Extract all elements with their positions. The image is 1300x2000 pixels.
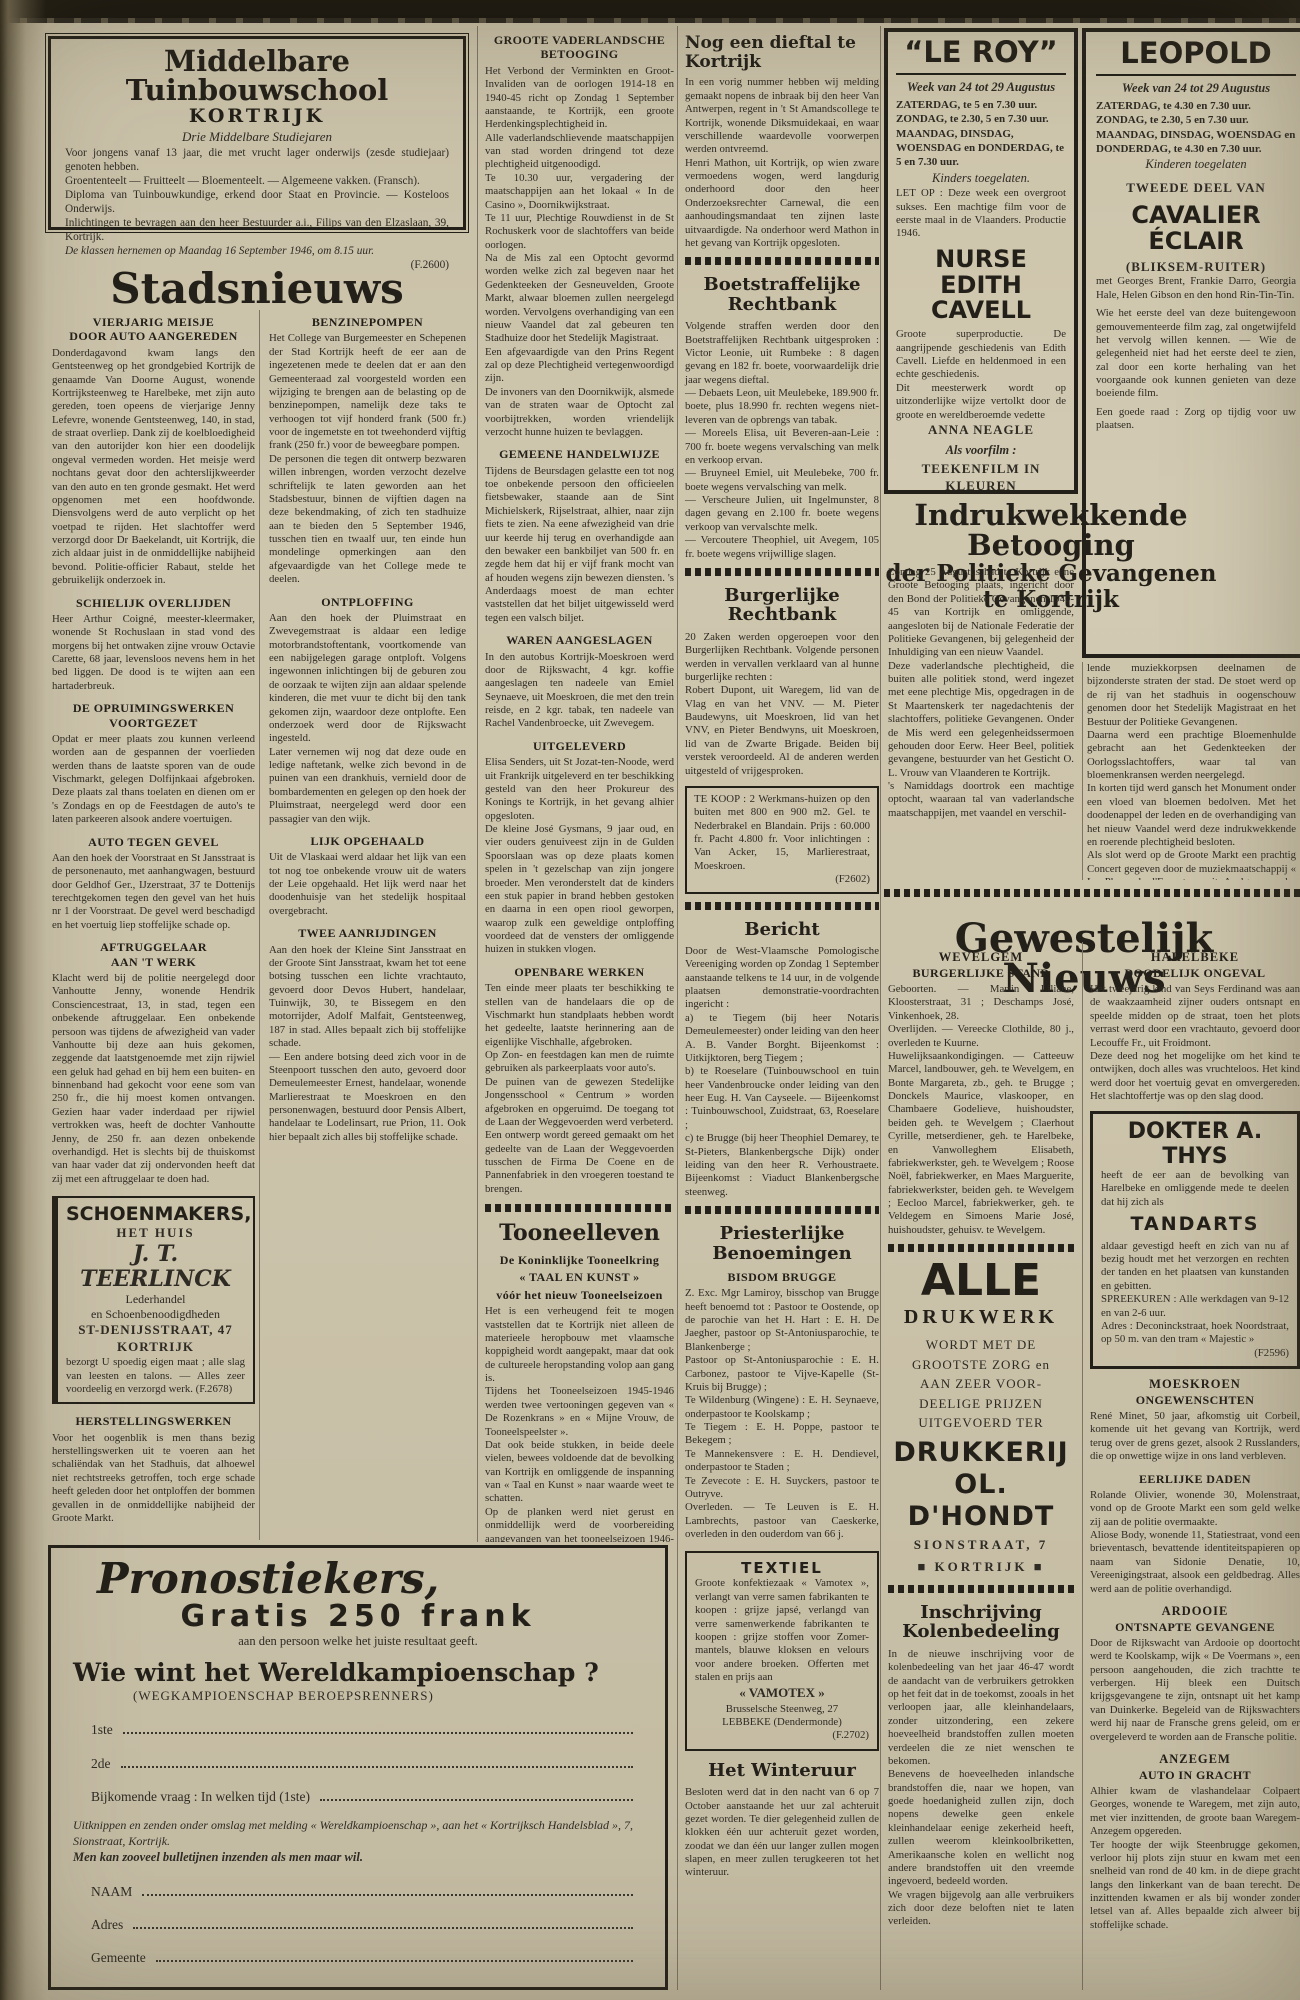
article-title: GROOTE VADERLANDSCHE BETOOGING — [487, 33, 672, 62]
film-star: ANNA NEAGLE — [896, 422, 1066, 439]
ad-dokter-thys: DOKTER A. THYS heeft de eer aan de bevol… — [1090, 1111, 1300, 1369]
article-list: VIERJARIG MEISJE DOOR AUTO AANGEREDEN Do… — [52, 315, 255, 1186]
article-title: AUTO IN GRACHT — [1092, 1768, 1298, 1782]
film-description: Wie het eerste deel van deze buitengewoo… — [1096, 307, 1296, 401]
article: BENZINEPOMPEN Het College van Burgemeest… — [269, 315, 466, 587]
ad-hours: SPREEKUREN : Alle werkdagen van 9-12 en … — [1101, 1293, 1289, 1320]
entry-line-extra-question: Bijkomende vraag : In welken tijd (1ste) — [91, 1788, 633, 1805]
cinema-week: Week van 24 tot 29 Augustus — [1096, 80, 1296, 96]
article-body: Tijdens de Beursdagen gelastte een tot n… — [485, 465, 674, 626]
form-line-address: Adres — [91, 1916, 633, 1933]
ad-address: Adres : Deconinckstraat, hoek Noordstraa… — [1101, 1320, 1289, 1347]
column-vaderlandsche: GROOTE VADERLANDSCHE BETOOGING Het Verbo… — [477, 26, 674, 1542]
column-rule — [259, 310, 260, 1540]
scan-top-edge — [0, 0, 1300, 18]
ornament-divider — [685, 257, 879, 265]
article-title-dieftal: Nog een dieftal te Kortrijk — [685, 34, 879, 71]
article-title-priesterlijke: Priesterlijke Benoemingen — [685, 1224, 879, 1263]
article-title-winteruur: Het Winteruur — [685, 1761, 879, 1780]
article: GROOTE VADERLANDSCHE BETOOGING Het Verbo… — [485, 33, 674, 439]
article-title: DE OPRUIMINGSWERKEN VOORTGEZET — [54, 701, 253, 730]
ad-name: J. T. TEERLINCK — [66, 1242, 245, 1293]
scan-left-edge — [0, 0, 46, 2000]
article: ANZEGEM AUTO IN GRACHT Alhier kwam de vl… — [1090, 1752, 1300, 1932]
article-body: In de nieuwe inschrijving voor de kolenb… — [888, 1648, 1074, 1929]
contest-prize: Gratis 250 frank — [73, 1600, 643, 1633]
ad-title: TEXTIEL — [695, 1559, 869, 1577]
article: OPENBARE WERKEN Ten einde meer plaats te… — [485, 965, 674, 1196]
ad-body: aldaar gevestigd heeft en zich van nu af… — [1101, 1240, 1289, 1294]
ad-schoenmakers: SCHOENMAKERS, HET HUIS J. T. TEERLINCK L… — [52, 1196, 255, 1404]
ad-city: ■ KORTRIJK ■ — [888, 1556, 1074, 1578]
article-title: DOODELIJK ONGEVAL — [1092, 966, 1298, 980]
ad-tuinbouwschool: Middelbare Tuinbouwschool KORTRIJK Drie … — [48, 36, 466, 230]
article-body: Uit de Vlaskaai werd aldaar het lijk van… — [269, 851, 466, 918]
gewestelijk-column-left: WEVELGEM BURGERLIJKE STAND Geboorten. — … — [884, 942, 1078, 1990]
article: WAREN AANGESLAGEN In den autobus Kortrij… — [485, 633, 674, 731]
ornament-divider — [888, 1244, 1074, 1252]
ad-textiel-vamotex: TEXTIEL Groote konfektiezaak « Vamotex »… — [685, 1551, 879, 1750]
ornament-top-rule — [0, 18, 1300, 23]
article-list: GROOTE VADERLANDSCHE BETOOGING Het Verbo… — [485, 33, 674, 1196]
article-title: WAREN AANGESLAGEN — [487, 633, 672, 647]
film-description: Groote superproductie. De aangrijpende g… — [896, 328, 1066, 422]
stadsnieuws-column-left: VIERJARIG MEISJE DOOR AUTO AANGEREDEN Do… — [52, 308, 255, 1542]
ornament-divider — [888, 1585, 1074, 1593]
article-body: 20 Zaken werden opgeroepen voor den Burg… — [685, 631, 879, 778]
cinema-schedule: ZATERDAG, te 4.30 en 7.30 uur. ZONDAG, t… — [1096, 99, 1296, 156]
article-title-boetstraffelijke: Boetstraffelijke Rechtbank — [685, 275, 879, 314]
article-title-tooneelleven: Tooneelleven — [485, 1222, 674, 1246]
article-body: Aan den hoek der Pluimstraat en Zwevegem… — [269, 612, 466, 826]
article: MOESKROEN ONGEWENSCHTEN René Minet, 50 j… — [1090, 1377, 1300, 1464]
contest-title: Pronostiekers, — [97, 1554, 439, 1603]
article-title: VIERJARIG MEISJE DOOR AUTO AANGEREDEN — [54, 315, 253, 344]
article-body: In den autobus Kortrijk-Moeskroen werd d… — [485, 651, 674, 731]
article-title: UITGELEVERD — [487, 739, 672, 753]
ad-title: SCHOENMAKERS, — [66, 1204, 245, 1225]
ad-body: Voor jongens vanaf 13 jaar, die met vruc… — [65, 146, 449, 244]
article-body: Het College van Burgemeester en Schepene… — [269, 332, 466, 586]
voorfilm-label: Als voorfilm : — [896, 442, 1066, 458]
article-title-kolenbedeeling: Inschrijving Kolenbedeeling — [888, 1603, 1074, 1642]
article-title: ONTPLOFFING — [271, 595, 464, 609]
article: DE OPRUIMINGSWERKEN VOORTGEZET Opdat er … — [52, 701, 255, 826]
article-body: Voor het oogenblik is men thans bezig he… — [52, 1432, 255, 1526]
article-title: TWEE AANRIJDINGEN — [271, 926, 464, 940]
form-dotted-line — [142, 1883, 633, 1896]
ad-doctor-name: DOKTER A. THYS — [1101, 1120, 1289, 1168]
article-body: Het is een verheugend feit te mogen vast… — [485, 1305, 674, 1542]
article: LIJK OPGEHAALD Uit de Vlaskaai werd alda… — [269, 834, 466, 918]
column-rechtbank: Nog een dieftal te Kortrijk In een vorig… — [677, 26, 879, 1990]
ad-name: « VAMOTEX » — [695, 1684, 869, 1702]
ad-pronostiekers-contest: Pronostiekers, Gratis 250 frank aan den … — [48, 1545, 668, 1990]
article-place: WEVELGEM — [888, 950, 1074, 966]
cinema-notice: LET OP : Deze week een overgroot sukses.… — [896, 187, 1066, 241]
article-body: In een vorig nummer hebben wij melding g… — [685, 76, 879, 250]
ad-body: WORDT MET DE GROOTSTE ZORG en AAN ZEER V… — [888, 1335, 1074, 1433]
betooging-body-left: Zondag 25 Augustus had te Kortrijk eene … — [884, 566, 1078, 880]
film-alt-title: (BLIKSEM-RUITER) — [1096, 259, 1296, 276]
cinema-week: Week van 24 tot 29 Augustus — [896, 79, 1066, 95]
entry-label: 1ste — [91, 1722, 113, 1738]
article: TWEE AANRIJDINGEN Aan den hoek der Klein… — [269, 926, 466, 1144]
ad-ref: (F.2702) — [695, 1729, 869, 1742]
article-body: Aan den hoek der Voorstraat en St Jansst… — [52, 852, 255, 932]
form-line-municipality: Gemeente — [91, 1949, 633, 1966]
article-subtitle: vóór het nieuw Tooneelseizoen — [487, 1288, 672, 1302]
ad-drukkerij-dhondt: ALLE DRUKWERK WORDT MET DE GROOTSTE ZORG… — [888, 1259, 1074, 1578]
entry-label: 2de — [91, 1756, 111, 1772]
article-body: Donderdagavond kwam langs den Gentsteenw… — [52, 347, 255, 588]
article: ARDOOIE ONTSNAPTE GEVANGENE Door de Rijk… — [1090, 1604, 1300, 1744]
article-title: BENZINEPOMPEN — [271, 315, 464, 329]
article-body: Z. Exc. Mgr Lamiroy, bisschop van Brugge… — [685, 1287, 879, 1541]
ad-address: ST-DENIJSSTRAAT, 47 — [66, 1322, 245, 1339]
article-body: Het tweejarig kind van Seys Ferdinand wa… — [1090, 983, 1300, 1103]
article-title: OPENBARE WERKEN — [487, 965, 672, 979]
article: UITGELEVERD Elisa Senders, uit St Jozat-… — [485, 739, 674, 957]
article-subtitle: De Koninklijke Tooneelkring — [487, 1253, 672, 1267]
article-place: HARELBEKE — [1090, 950, 1300, 966]
form-line-name: NAAM — [91, 1883, 633, 1900]
form-dotted-line — [156, 1949, 633, 1962]
ad-body: TE KOOP : 2 Werkmans-huizen op den buite… — [694, 793, 870, 873]
ad-printer-name: DRUKKERIJ — [888, 1437, 1074, 1469]
article-body: Aan den hoek der Kleine Sint Jansstraat … — [269, 944, 466, 1145]
entry-line-second: 2de — [91, 1755, 633, 1772]
ad-title2: DRUKWERK — [888, 1303, 1074, 1331]
ornament-divider — [884, 889, 1300, 897]
cinema-admission: Kinderen toegelaten — [1096, 156, 1296, 174]
ornament-divider — [685, 1206, 879, 1214]
entry-dotted-line — [320, 1788, 633, 1801]
article-body: Alhier kwam de vlashandelaar Colpaert Ge… — [1090, 1785, 1300, 1932]
article-subtitle: BISDOM BRUGGE — [687, 1270, 877, 1284]
contest-question-sub: (WEGKAMPIOENSCHAP BEROEPSRENNERS) — [133, 1687, 643, 1705]
contest-question: Wie wint het Wereldkampioenschap ? — [73, 1659, 643, 1688]
article-list: MOESKROEN ONGEWENSCHTEN René Minet, 50 j… — [1090, 1377, 1300, 1932]
article-title: SCHIELIJK OVERLIJDEN — [54, 596, 253, 610]
betooging-body-right: lende muziekkorpsen deelnamen de bijzond… — [1082, 662, 1300, 880]
column-rule — [880, 26, 881, 1990]
ad-te-koop: TE KOOP : 2 Werkmans-huizen op den buite… — [685, 786, 879, 894]
article-title: BURGERLIJKE STAND — [890, 966, 1072, 980]
article-body: Rolande Olivier, wonende 30, Molenstraat… — [1090, 1489, 1300, 1596]
ad-line: Lederhandel — [66, 1292, 245, 1307]
article: AFTRUGGELAAR AAN 'T WERK Klacht werd bij… — [52, 940, 255, 1186]
stadsnieuws-column-right: BENZINEPOMPEN Het College van Burgemeest… — [263, 308, 466, 1542]
entry-line-first: 1ste — [91, 1721, 633, 1738]
article-title-bericht: Bericht — [685, 920, 879, 939]
cinema-schedule: ZATERDAG, te 5 en 7.30 uur. ZONDAG, te 2… — [896, 98, 1066, 169]
form-label: Adres — [91, 1917, 123, 1933]
ad-city: KORTRIJK — [65, 105, 449, 129]
article-title-burgerlijke: Burgerlijke Rechtbank — [685, 586, 879, 625]
film-title: NURSE EDITH CAVELL — [896, 247, 1066, 325]
ornament-divider — [485, 1204, 674, 1212]
ad-footer: De klassen hernemen op Maandag 16 Septem… — [65, 244, 449, 258]
cinema-name: “LE ROY” — [896, 37, 1066, 75]
ad-city: KORTRIJK — [66, 1339, 245, 1356]
newspaper-page: Middelbare Tuinbouwschool KORTRIJK Drie … — [0, 0, 1300, 2000]
contest-instructions: Uitknippen en zenden onder omslag met me… — [73, 1817, 643, 1849]
article: VIERJARIG MEISJE DOOR AUTO AANGEREDEN Do… — [52, 315, 255, 588]
article-title: ONTSNAPTE GEVANGENE — [1092, 1620, 1298, 1634]
article-title: AFTRUGGELAAR AAN 'T WERK — [54, 940, 253, 969]
article-list: BENZINEPOMPEN Het College van Burgemeest… — [269, 315, 466, 1144]
article-place: ARDOOIE — [1090, 1604, 1300, 1620]
article-title: EERLIJKE DADEN — [1092, 1472, 1298, 1486]
ad-subtitle: Drie Middelbare Studiejaren — [65, 129, 449, 146]
article-body: Besloten werd dat in den nacht van 6 op … — [685, 1786, 879, 1880]
section-header-stadsnieuws: Stadsnieuws — [48, 268, 466, 310]
article-place: ANZEGEM — [1090, 1752, 1300, 1768]
article-list: HERSTELLINGSWERKEN Voor het oogenblik is… — [52, 1414, 255, 1525]
article: GEMEENE HANDELWIJZE Tijdens de Beursdage… — [485, 447, 674, 625]
contest-subtitle: aan den persoon welke het juiste resulta… — [73, 1633, 643, 1651]
form-label: Gemeente — [91, 1950, 146, 1966]
entry-dotted-line — [121, 1755, 634, 1768]
cinema-name: LEOPOLD — [1096, 38, 1296, 76]
film-title: CAVALIER ÉCLAIR — [1096, 203, 1296, 255]
form-dotted-line — [133, 1916, 633, 1929]
ad-cinema-le-roy: “LE ROY” Week van 24 tot 29 Augustus ZAT… — [884, 28, 1078, 494]
ad-body: bezorgt U spoedig eigen maat ; alle slag… — [66, 1356, 245, 1396]
article-body: lende muziekkorpsen deelnamen de bijzond… — [1087, 662, 1296, 880]
ad-ref: (F2602) — [694, 873, 870, 886]
article-body: René Minet, 50 jaar, afkomstig uit Corbe… — [1090, 1410, 1300, 1464]
article-subtitle: « TAAL EN KUNST » — [487, 1270, 672, 1284]
film-cast: met Georges Brent, Frankie Darro, Georgi… — [1096, 275, 1296, 302]
article-body: Zondag 25 Augustus had te Kortrijk eene … — [888, 566, 1074, 820]
article-body: Door de West-Vlaamsche Pomologische Vere… — [685, 945, 879, 1199]
form-label: NAAM — [91, 1884, 132, 1900]
article: SCHIELIJK OVERLIJDEN Heer Arthur Coigné,… — [52, 596, 255, 694]
article-body: Het Verbond der Verminkten en Groot-Inva… — [485, 65, 674, 440]
article-place: MOESKROEN — [1090, 1377, 1300, 1393]
article-title: AUTO TEGEN GEVEL — [54, 835, 253, 849]
ad-ref: (F2596) — [1101, 1347, 1289, 1360]
contest-note: Men kan zooveel bulletijnen inzenden als… — [73, 1849, 643, 1867]
article-body: Geboorten. — Martin Liliane, Kloosterstr… — [888, 983, 1074, 1237]
article: HERSTELLINGSWERKEN Voor het oogenblik is… — [52, 1414, 255, 1525]
article-body: Volgende straffen werden door den Boetst… — [685, 320, 879, 561]
entry-dotted-line — [123, 1721, 633, 1734]
ad-line: HET HUIS — [66, 1225, 245, 1242]
ad-body: heeft de eer aan de bevolking van Harelb… — [1101, 1169, 1289, 1209]
ad-address: LEBBEKE (Dendermonde) — [695, 1716, 869, 1729]
article-title: ONGEWENSCHTEN — [1092, 1393, 1298, 1407]
article-title: LIJK OPGEHAALD — [271, 834, 464, 848]
article-body: Klacht werd bij de politie neergelegd do… — [52, 972, 255, 1186]
article-body: Door de Rijkswacht van Ardooie op doorto… — [1090, 1637, 1300, 1744]
article-title: HERSTELLINGSWERKEN — [54, 1414, 253, 1428]
film-part-label: TWEEDE DEEL VAN — [1096, 180, 1296, 197]
ad-body: Groote konfektiezaak « Vamotex », verlan… — [695, 1577, 869, 1684]
voorfilm-titles: TEEKENFILM IN KLEUREN van Walt DISNEY. W… — [896, 461, 1066, 494]
article-body: Elisa Senders, uit St Jozat-ten-Noode, w… — [485, 756, 674, 957]
ornament-divider — [685, 902, 879, 910]
ad-address: SIONSTRAAT, 7 — [888, 1534, 1074, 1556]
article-title: GEMEENE HANDELWIJZE — [487, 447, 672, 461]
ad-title: ALLE — [888, 1259, 1074, 1303]
headline-line1: Indrukwekkende Betooging — [884, 500, 1218, 561]
cinema-admission: Kinders toegelaten. — [896, 170, 1066, 188]
article: AUTO TEGEN GEVEL Aan den hoek der Voorst… — [52, 835, 255, 933]
article: EERLIJKE DADEN Rolande Olivier, wonende … — [1090, 1472, 1300, 1596]
ad-title: Middelbare Tuinbouwschool — [65, 47, 449, 105]
ornament-divider — [685, 568, 879, 576]
gewestelijk-column-right: HARELBEKE DOODELIJK ONGEVAL Het tweejari… — [1082, 942, 1300, 1990]
article: ONTPLOFFING Aan den hoek der Pluimstraat… — [269, 595, 466, 826]
entry-label: Bijkomende vraag : In welken tijd (1ste) — [91, 1789, 310, 1805]
article-body: Heer Arthur Coigné, meester-kleermaker, … — [52, 613, 255, 693]
article-body: Opdat er meer plaats zou kunnen verleend… — [52, 733, 255, 827]
ad-line: en Schoenbenoodigdheden — [66, 1307, 245, 1322]
ad-profession: TANDARTS — [1101, 1213, 1289, 1236]
article-body: Ten einde meer plaats ter beschikking te… — [485, 982, 674, 1196]
ad-address: Brusselsche Steenweg, 27 — [695, 1703, 869, 1716]
ad-printer-name2: OL. D'HONDT — [888, 1469, 1074, 1534]
cinema-slogan: Een goede raad : Zorg op tijdig voor uw … — [1096, 406, 1296, 433]
